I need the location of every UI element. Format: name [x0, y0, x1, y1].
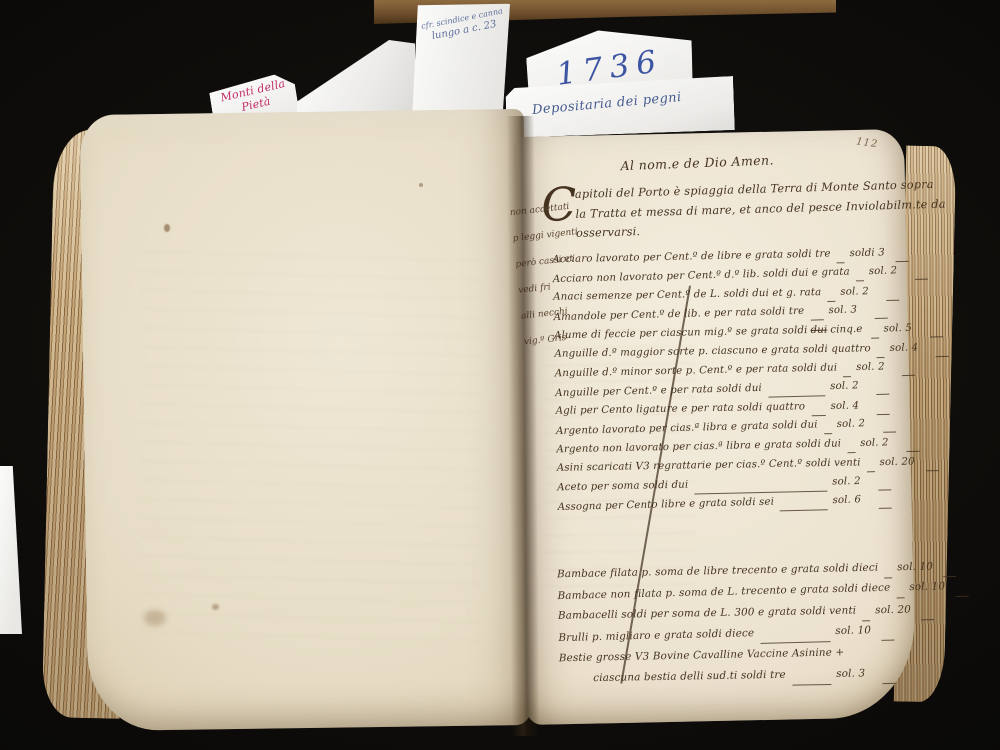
leader-line	[810, 319, 823, 320]
tariff-value: sol. 3	[828, 304, 874, 316]
tariff-list-upper: Acciaro lavorato per Cent.º de libre e g…	[552, 247, 891, 520]
leader-tail	[876, 394, 889, 395]
struck-word: dui	[810, 325, 827, 336]
leader-tail	[956, 596, 969, 597]
leader-tail	[875, 318, 888, 319]
leader-line	[867, 471, 875, 472]
leader-tail	[886, 300, 899, 301]
tariff-list-lower: Bambace filata p. soma de libre trecento…	[557, 561, 896, 694]
tariff-value: sol. 20	[879, 456, 925, 468]
chapter-heading: C apitoli del Porto è spiaggia della Ter…	[549, 176, 894, 244]
leader-line	[827, 301, 835, 302]
leader-tail	[882, 683, 895, 684]
leader-tail	[879, 508, 892, 509]
tariff-value: sol. 4	[890, 342, 936, 354]
archival-slip-reference: cfr. scindice e canna lungo a c. 23	[412, 0, 510, 123]
leader-line	[871, 338, 879, 339]
manuscript-content: 112 Al nom.e de Dio Amen. C apitoli del …	[514, 129, 916, 725]
leader-tail	[921, 619, 934, 620]
manuscript-photo: Monti della Pietà cfr. scindice e canna …	[0, 0, 1000, 750]
tariff-row: ciascuna bestia delli sud.ti soldi treso…	[559, 667, 895, 694]
leader-line	[862, 620, 870, 621]
leader-line	[897, 597, 905, 598]
foxing-spot	[212, 604, 219, 610]
tariff-value: sol. 4	[831, 400, 877, 412]
right-page-manuscript: 112 Al nom.e de Dio Amen. C apitoli del …	[514, 129, 916, 725]
leader-line	[877, 357, 885, 358]
foxing-spot	[419, 183, 423, 187]
tariff-value: sol. 5	[883, 322, 929, 334]
leader-tail	[943, 576, 956, 577]
slip-reference-label: cfr. scindice e canna lungo a c. 23	[416, 5, 511, 45]
leader-tail	[883, 431, 896, 432]
tariff-item: Acciaro lavorato per Cent.º de libre e g…	[552, 249, 830, 266]
tariff-item: Aceto per soma soldi dui	[557, 480, 688, 494]
tariff-value: sol. 2	[869, 265, 915, 277]
tariff-value: soldi 3	[850, 247, 896, 259]
invocation-line: Al nom.e de Dio Amen.	[620, 152, 774, 173]
leader-line	[761, 641, 831, 644]
leader-line	[792, 684, 831, 686]
tariff-value: sol. 20	[875, 603, 921, 616]
tariff-value: sol. 2	[840, 286, 886, 298]
tariff-value: sol. 2	[836, 418, 882, 430]
leader-line	[811, 415, 825, 416]
left-page-blank	[80, 109, 533, 731]
inserted-word: cinq.e	[830, 324, 862, 336]
white-card-strip	[0, 466, 22, 634]
tariff-value: sol. 10	[835, 624, 881, 637]
tariff-value	[863, 654, 909, 655]
tariff-value: sol. 2	[856, 361, 902, 373]
foxing-spot	[164, 224, 170, 232]
tariff-value: sol. 2	[832, 476, 878, 488]
tariff-value: sol. 6	[832, 494, 878, 506]
tariff-item: Bambace filata p. soma de libre trecento…	[557, 562, 878, 581]
leader-line	[856, 280, 864, 281]
leader-line	[884, 577, 892, 578]
tariff-value: sol. 10	[909, 580, 955, 593]
leader-line	[837, 262, 845, 263]
leader-line	[780, 509, 828, 511]
tariff-value: sol. 10	[897, 560, 943, 573]
leader-line	[824, 433, 832, 434]
leader-tail	[882, 640, 895, 641]
leader-line	[843, 376, 851, 377]
leader-line	[847, 452, 855, 453]
leader-tail	[878, 489, 891, 490]
tariff-value: sol. 2	[830, 380, 876, 392]
foxing-spot	[144, 610, 166, 626]
tariff-value: sol. 3	[836, 667, 882, 680]
leader-line	[695, 491, 828, 495]
folio-number: 112	[855, 136, 878, 150]
leader-line	[768, 395, 825, 397]
slip-deposit-label: Depositaria dei pegni	[532, 90, 683, 118]
book-gutter-shadow	[506, 116, 539, 736]
tariff-value: sol. 2	[860, 437, 906, 449]
leader-tail	[877, 414, 890, 415]
